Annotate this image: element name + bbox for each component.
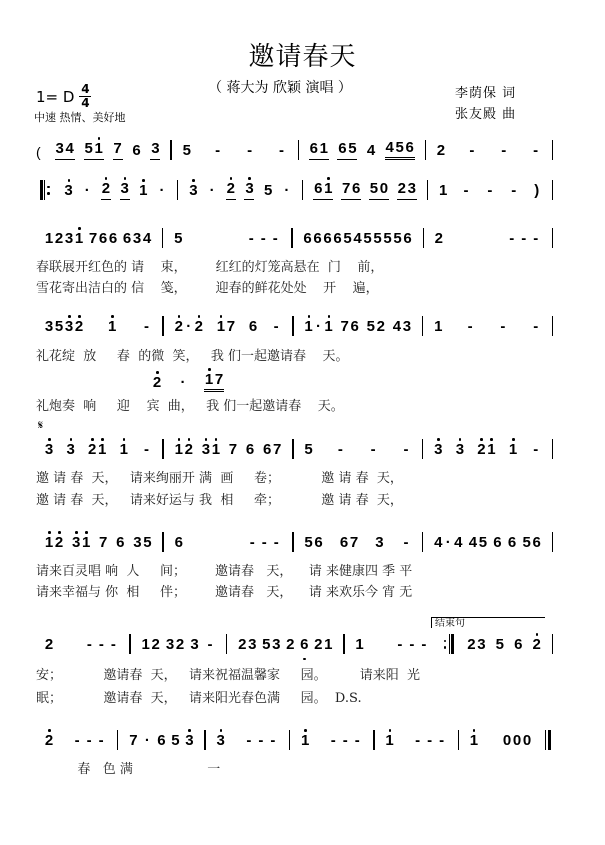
note: 1 <box>204 371 214 389</box>
note-group: 7 <box>228 441 238 459</box>
note-group: 634 <box>122 230 152 248</box>
note: 4 <box>142 230 152 248</box>
note: 6 <box>245 441 255 459</box>
note-group: --- <box>245 230 281 248</box>
note-group: --- <box>327 732 363 750</box>
note: 3 <box>244 180 254 198</box>
measure: 4·4456656 <box>425 534 549 552</box>
note: 1 <box>74 230 84 248</box>
note-group: 7 <box>113 140 123 160</box>
barline <box>226 634 227 654</box>
note: 2 <box>376 318 386 336</box>
note: 5 <box>522 534 532 552</box>
note: 2 <box>237 636 247 654</box>
note: 5 <box>347 140 357 158</box>
note: 1 <box>44 230 54 248</box>
note: 3 <box>216 732 226 750</box>
barline <box>458 730 459 750</box>
note: 7 <box>98 534 108 552</box>
lyrics-row3-verse2: 雪花寄出洁白的 信 笺， 迎春的鲜花处处 开 遍， <box>36 277 379 296</box>
note: 7 <box>226 318 236 336</box>
note: 6 <box>248 318 258 336</box>
dot-mark: · <box>82 182 92 200</box>
sustain-dash: - <box>466 142 478 160</box>
note-group: 2 <box>226 180 236 200</box>
note-group: 2 <box>436 142 446 160</box>
note: 5 <box>263 182 273 200</box>
note-group: --- <box>71 732 107 750</box>
note-group: ) <box>532 182 542 200</box>
note: 4 <box>453 534 463 552</box>
note: 2 <box>313 636 323 654</box>
note-group: - <box>460 182 472 200</box>
measure: 1--- <box>377 732 456 750</box>
measure: 1---) <box>430 182 550 200</box>
note-group: 000 <box>502 732 532 750</box>
note-group: 4·4 <box>433 534 463 552</box>
note: 1 <box>141 636 151 654</box>
repeat-start-barline <box>40 180 52 200</box>
note-group: - <box>367 441 379 459</box>
sustain-dash: - <box>255 732 267 750</box>
note-group: 5 <box>263 182 273 200</box>
note-group: 67 <box>262 441 282 459</box>
segno-mark: 𝄋 <box>38 418 43 433</box>
note-group: 67 <box>339 534 359 552</box>
note: 2 <box>54 534 64 552</box>
sustain-dash: - <box>339 732 351 750</box>
note-group: 21 <box>87 441 107 459</box>
note-group: 3 <box>184 732 194 750</box>
sustain-dash: - <box>530 142 542 160</box>
lyrics-row6-verse2: 请来幸福与 你 相 伴； 邀请春 天， 请 来欢乐今 宵 无 <box>36 581 412 600</box>
lyrics-row4-verse1: 礼花绽 放 春 的微 笑， 我 们一起邀请春 天。 <box>36 345 349 364</box>
lyrics-row6-verse1: 请来百灵唱 响 人 间； 邀请春 天， 请 来健康四 季 平 <box>36 560 412 579</box>
measure: 1000 <box>461 732 540 750</box>
note-group: 34 <box>55 140 75 160</box>
note: 5 <box>366 318 376 336</box>
note-group: 6 <box>299 636 309 654</box>
note: 6 <box>337 140 347 158</box>
barline <box>552 140 553 160</box>
note: 1 <box>211 441 221 459</box>
note: 5 <box>495 636 505 654</box>
barline <box>162 439 163 459</box>
barline <box>289 730 290 750</box>
sustain-dash: - <box>400 534 412 552</box>
song-title: 邀请春天 <box>0 36 605 73</box>
note-group: 51 <box>84 140 104 160</box>
staff-row1: (34517635---616544562--- <box>36 138 555 160</box>
sustain-dash: - <box>497 318 509 336</box>
staff-row5: 33211-123176675---33211- <box>36 437 555 459</box>
note-group: 12 <box>44 534 64 552</box>
note-group: - <box>498 142 510 160</box>
measure: 23532621 <box>229 636 341 654</box>
barline <box>129 634 130 654</box>
note: 1 <box>433 318 443 336</box>
note-group: 32 <box>165 636 185 654</box>
note: 1 <box>44 534 54 552</box>
note: 5 <box>84 140 94 158</box>
note-group: 21 <box>313 636 333 654</box>
sustain-dash: - <box>140 441 152 459</box>
note: 4 <box>392 318 402 336</box>
note: 1 <box>81 534 91 552</box>
note-group: - <box>244 142 256 160</box>
note: 6 <box>405 139 415 157</box>
note: 6 <box>507 534 517 552</box>
note-group: 5 <box>495 636 505 654</box>
note: 7 <box>214 371 224 389</box>
note-group: - <box>464 318 476 336</box>
sustain-dash: - <box>270 318 282 336</box>
note: 3 <box>64 182 74 200</box>
note-group: - <box>140 441 152 459</box>
note: 5 <box>54 318 64 336</box>
note-group: · <box>142 732 152 750</box>
sustain-dash: - <box>394 636 406 654</box>
note: 2 <box>44 636 54 654</box>
note-group: 1231 <box>44 230 84 248</box>
note-group: - <box>466 142 478 160</box>
barline <box>343 634 344 654</box>
note: 2 <box>476 441 486 459</box>
sustain-dash: - <box>484 182 496 200</box>
note-group: · <box>157 182 167 200</box>
barline <box>292 439 293 459</box>
note-group: 35 <box>132 534 152 552</box>
note-group: · <box>207 182 217 200</box>
note-group: 17 <box>204 371 224 392</box>
note-group: 1 <box>433 318 443 336</box>
lyrics-row8: 春 色 满 一 <box>36 758 220 777</box>
sustain-dash: - <box>498 142 510 160</box>
dot-mark: · <box>157 182 167 200</box>
note-group: 66665455556 <box>303 230 413 248</box>
note: 5 <box>304 534 314 552</box>
note: 1 <box>355 636 365 654</box>
note-group: 5 <box>304 441 314 459</box>
measure: 2--- <box>36 732 115 750</box>
time-signature: 4 4 <box>79 84 91 109</box>
dot-mark: · <box>207 182 217 200</box>
note: 2 <box>466 636 476 654</box>
note: 5 <box>261 636 271 654</box>
note-group: --- <box>394 636 430 654</box>
note: 3 <box>455 441 465 459</box>
note-group: 6 <box>174 534 184 552</box>
note: 7 <box>128 732 138 750</box>
note-group: - <box>400 441 412 459</box>
barline <box>422 316 423 336</box>
measure: 1--- <box>347 636 438 654</box>
barline <box>162 228 163 248</box>
dot-mark: · <box>443 534 453 552</box>
sustain-dash: - <box>95 732 107 750</box>
composer-credit: 张友殿 曲 <box>455 103 516 122</box>
note: 5 <box>173 230 183 248</box>
staff-row8: 2---7·6533---1---1---1000 <box>36 728 555 750</box>
note-group: - <box>204 636 216 654</box>
note-group: 61 <box>309 140 329 160</box>
lyrics-row7-verse2: 眠； 邀请春 天， 请来阳光春色满 园。 D.S. <box>36 687 362 706</box>
note: 4 <box>433 534 443 552</box>
note: 3 <box>64 318 74 336</box>
note-group: - <box>400 534 412 552</box>
note-group: 6 <box>492 534 502 552</box>
sustain-dash: - <box>204 636 216 654</box>
note-group: 1 <box>469 732 479 750</box>
measure: 5--- <box>296 441 420 459</box>
barline <box>552 180 553 200</box>
note: 1 <box>107 318 117 336</box>
note: 5 <box>304 441 314 459</box>
note: 1 <box>138 182 148 200</box>
note-group: 12 <box>141 636 161 654</box>
measure: 3451763 <box>47 140 169 160</box>
note-group: 31 <box>71 534 91 552</box>
lyrics-row4-verse2: 礼炮奏 响 迎 宾 曲， 我 们一起邀请春 天。 <box>36 395 344 414</box>
note-group: 52 <box>366 318 386 336</box>
note-group: --- <box>412 732 448 750</box>
measure: 3·231· <box>56 180 176 200</box>
note-group: 31 <box>201 441 221 459</box>
note: 2 <box>175 636 185 654</box>
sustain-dash: - <box>530 318 542 336</box>
note: 1 <box>216 318 226 336</box>
note: 4 <box>353 230 363 248</box>
note-group: 61 <box>313 180 333 200</box>
note: 5 <box>383 230 393 248</box>
measure: 66665455556 <box>295 230 421 248</box>
note: 1 <box>94 140 104 158</box>
note-group: - <box>270 318 282 336</box>
note-group: 5 <box>182 142 192 160</box>
note: 3 <box>201 441 211 459</box>
note: 7 <box>349 534 359 552</box>
lyrics-row5-verse1: 邀 请 春 天， 请来绚丽开 满 画 卷； 邀 请 春 天， <box>36 467 403 486</box>
note: 6 <box>333 230 343 248</box>
note-group: --- <box>506 230 542 248</box>
note: 6 <box>350 318 360 336</box>
note: 7 <box>272 441 282 459</box>
sustain-dash: - <box>243 732 255 750</box>
measure: 12317667 <box>166 441 290 459</box>
sustain-dash: - <box>83 732 95 750</box>
measure: 6--- <box>166 534 290 552</box>
barline <box>170 140 171 160</box>
note: 5 <box>182 142 192 160</box>
note: 5 <box>478 534 488 552</box>
note: 6 <box>156 732 166 750</box>
note-group: 3 <box>244 180 254 200</box>
note: 2 <box>174 318 184 336</box>
barline <box>204 730 205 750</box>
note-group: 6 <box>156 732 166 750</box>
measure: 12317635 <box>36 534 160 552</box>
sustain-dash: - <box>212 142 224 160</box>
sustain-dash: - <box>257 230 269 248</box>
note-group: 1 <box>119 441 129 459</box>
note: 3 <box>44 318 54 336</box>
sustain-dash: - <box>71 732 83 750</box>
note-group: 3 <box>216 732 226 750</box>
sustain-dash: - <box>258 534 270 552</box>
dot-mark: · <box>184 318 194 336</box>
note-group: 43 <box>392 318 412 336</box>
sustain-dash: - <box>460 182 472 200</box>
measure: 1·1765243 <box>296 318 420 336</box>
dot-mark: · <box>142 732 152 750</box>
barline <box>552 634 553 654</box>
note: 6 <box>122 230 132 248</box>
note: 3 <box>476 636 486 654</box>
note: 5 <box>142 534 152 552</box>
measure: 2--- <box>36 636 127 654</box>
note-group: 1 <box>138 182 148 200</box>
lyrics-row7-verse1: 安； 邀请春 天， 请来祝福温馨家 园。 请来阳 光 <box>36 664 420 683</box>
note: 6 <box>351 180 361 198</box>
note: 3 <box>132 534 142 552</box>
note: 7 <box>341 180 351 198</box>
note: 1 <box>438 182 448 200</box>
note-group: - <box>497 318 509 336</box>
repeat-end-barline <box>442 634 455 654</box>
note-group: 2 <box>152 374 162 392</box>
note: 2 <box>436 142 446 160</box>
measure: 12323- <box>133 636 224 654</box>
barline <box>292 532 293 552</box>
note-group: 7 <box>128 732 138 750</box>
note-group: 3 <box>374 534 384 552</box>
note-group: 17 <box>216 318 236 336</box>
note-group: 2 <box>44 732 54 750</box>
barline <box>292 316 293 336</box>
measure: 1231766634 <box>36 230 160 248</box>
note: 1 <box>304 318 314 336</box>
barline <box>291 228 292 248</box>
barline <box>552 228 553 248</box>
sustain-dash: - <box>400 441 412 459</box>
note: 3 <box>55 140 65 158</box>
staff-row6: 123176356---56673-4·4456656 <box>36 530 555 552</box>
note-group: 2·2 <box>174 318 204 336</box>
lyrics-row3-verse1: 春联展开红色的 请 束， 红红的灯笼高悬在 门 前， <box>36 256 383 275</box>
note: 2 <box>44 732 54 750</box>
barline <box>162 316 163 336</box>
note: 3 <box>120 180 130 198</box>
note-group: 56 <box>304 534 324 552</box>
sustain-dash: - <box>140 318 152 336</box>
note-group: 456 <box>385 139 415 160</box>
note-group: 3 <box>64 182 74 200</box>
measure: 33211- <box>36 441 160 459</box>
note: 2 <box>54 230 64 248</box>
note-group: --- <box>246 534 282 552</box>
note-group: · <box>82 182 92 200</box>
note: 3 <box>402 318 412 336</box>
note: 6 <box>303 230 313 248</box>
note: 4 <box>366 142 376 160</box>
note: 1 <box>300 732 310 750</box>
note: 6 <box>403 230 413 248</box>
note-group: 6 <box>248 318 258 336</box>
note-group: 2 <box>285 636 295 654</box>
measure: 7·653 <box>120 732 202 750</box>
note-group: 23 <box>397 180 417 200</box>
measure: 5--- <box>174 142 296 160</box>
note: 4 <box>468 534 478 552</box>
note: 3 <box>71 534 81 552</box>
note: 7 <box>88 230 98 248</box>
barline <box>423 228 424 248</box>
note: 1 <box>486 441 496 459</box>
measure: 56673- <box>296 534 420 552</box>
note: 2 <box>74 318 84 336</box>
note-group: · <box>282 182 292 200</box>
measure: 2--- <box>428 142 550 160</box>
note-group: - <box>212 142 224 160</box>
note-group: 56 <box>522 534 542 552</box>
staff-row3: 12317666345---666654555562--- <box>36 226 555 248</box>
note-group: - <box>508 182 520 200</box>
barline <box>422 439 423 459</box>
note: 2 <box>532 636 542 654</box>
note-group: 766 <box>88 230 118 248</box>
staff-row2: 3·231·3·235·617650231---) <box>36 178 555 200</box>
note: 2 <box>101 180 111 198</box>
sustain-dash: - <box>246 534 258 552</box>
note-group: 5 <box>170 732 180 750</box>
dot-mark: · <box>282 182 292 200</box>
dot-mark: · <box>314 318 324 336</box>
sustain-dash: - <box>530 230 542 248</box>
barline <box>552 532 553 552</box>
measure: 2--- <box>426 230 550 248</box>
note-group: 2 <box>44 636 54 654</box>
note-group: 6 <box>513 636 523 654</box>
barline <box>373 730 374 750</box>
alternate-melody: 2·17 <box>150 370 238 392</box>
note: 6 <box>314 534 324 552</box>
measure: 3--- <box>208 732 287 750</box>
note: 6 <box>309 140 319 158</box>
sustain-dash: - <box>506 230 518 248</box>
note: 6 <box>513 636 523 654</box>
note-group: 6 <box>245 441 255 459</box>
note: 5 <box>395 139 405 157</box>
note: 6 <box>108 230 118 248</box>
note: 3 <box>132 230 142 248</box>
sustain-dash: - <box>95 636 107 654</box>
note-group: 7 <box>98 534 108 552</box>
note: 2 <box>285 636 295 654</box>
note-group: - <box>530 441 542 459</box>
note-group: 3 <box>455 441 465 459</box>
sustain-dash: - <box>367 441 379 459</box>
measure: 5--- <box>165 230 289 248</box>
note: 3 <box>44 441 54 459</box>
note: 2 <box>434 230 444 248</box>
note: 3 <box>190 636 200 654</box>
note-group: 3 <box>150 140 160 160</box>
note: 6 <box>532 534 542 552</box>
note: 2 <box>151 636 161 654</box>
note-group: 76 <box>340 318 360 336</box>
note: 5 <box>170 732 180 750</box>
note: 1 <box>323 636 333 654</box>
